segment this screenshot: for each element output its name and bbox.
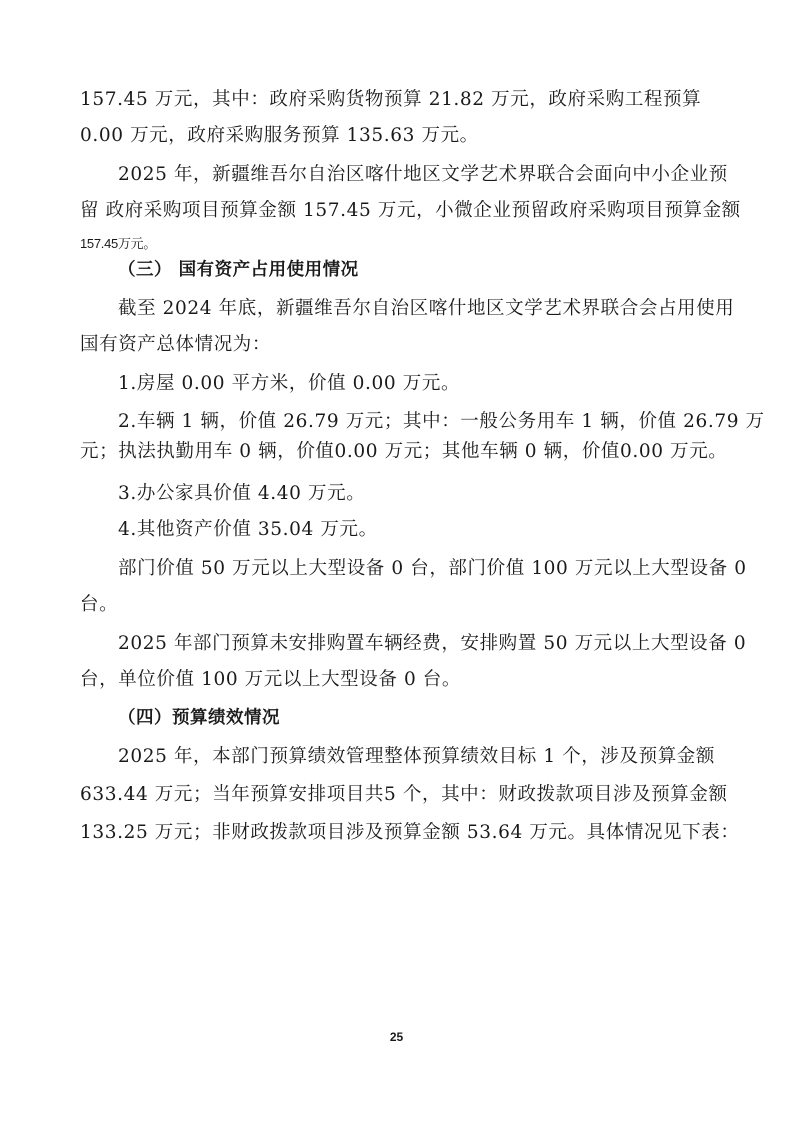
page-number: 25: [0, 1030, 793, 1044]
section-heading-assets: （三） 国有资产占用使用情况: [118, 258, 359, 282]
document-page: 157.45 万元，其中：政府采购货物预算 21.82 万元，政府采购工程预算 …: [0, 0, 793, 1122]
paragraph-line: 国有资产总体情况为：: [80, 333, 720, 357]
paragraph-line: 157.45 万元，其中：政府采购货物预算 21.82 万元，政府采购工程预算: [80, 88, 720, 112]
paragraph-line: 留 政府采购项目预算金额 157.45 万元，小微企业预留政府采购项目预算金额: [80, 199, 720, 223]
paragraph-line: 元；执法执勤用车 0 辆，价值0.00 万元；其他车辆 0 辆，价值0.00 万…: [80, 440, 720, 464]
paragraph-line: 2025 年，本部门预算绩效管理整体预算绩效目标 1 个，涉及预算金额: [118, 745, 758, 769]
paragraph-line: 133.25 万元；非财政拨款项目涉及预算金额 53.64 万元。具体情况见下表…: [80, 821, 720, 845]
paragraph-line: 部门价值 50 万元以上大型设备 0 台，部门价值 100 万元以上大型设备 0: [118, 557, 758, 581]
list-item-furniture: 3.办公家具价值 4.40 万元。: [118, 482, 758, 506]
paragraph-line: 2025 年，新疆维吾尔自治区喀什地区文学艺术界联合会面向中小企业预: [118, 163, 758, 187]
list-item-housing: 1.房屋 0.00 平方米，价值 0.00 万元。: [118, 372, 758, 396]
paragraph-line: 0.00 万元，政府采购服务预算 135.63 万元。: [80, 124, 720, 148]
paragraph-line: 截至 2024 年底，新疆维吾尔自治区喀什地区文学艺术界联合会占用使用: [118, 297, 758, 321]
paragraph-line: 157.45万元。: [80, 232, 720, 256]
paragraph-line: 2025 年部门预算未安排购置车辆经费，安排购置 50 万元以上大型设备 0: [118, 632, 758, 656]
list-item-vehicles: 2.车辆 1 辆，价值 26.79 万元；其中：一般公务用车 1 辆，价值 26…: [118, 410, 758, 434]
paragraph-line: 台。: [80, 593, 720, 617]
section-heading-performance: （四）预算绩效情况: [118, 706, 280, 730]
paragraph-line: 台，单位价值 100 万元以上大型设备 0 台。: [80, 668, 720, 692]
list-item-other-assets: 4.其他资产价值 35.04 万元。: [118, 518, 758, 542]
paragraph-line: 633.44 万元；当年预算安排项目共5 个，其中：财政拨款项目涉及预算金额: [80, 783, 720, 807]
